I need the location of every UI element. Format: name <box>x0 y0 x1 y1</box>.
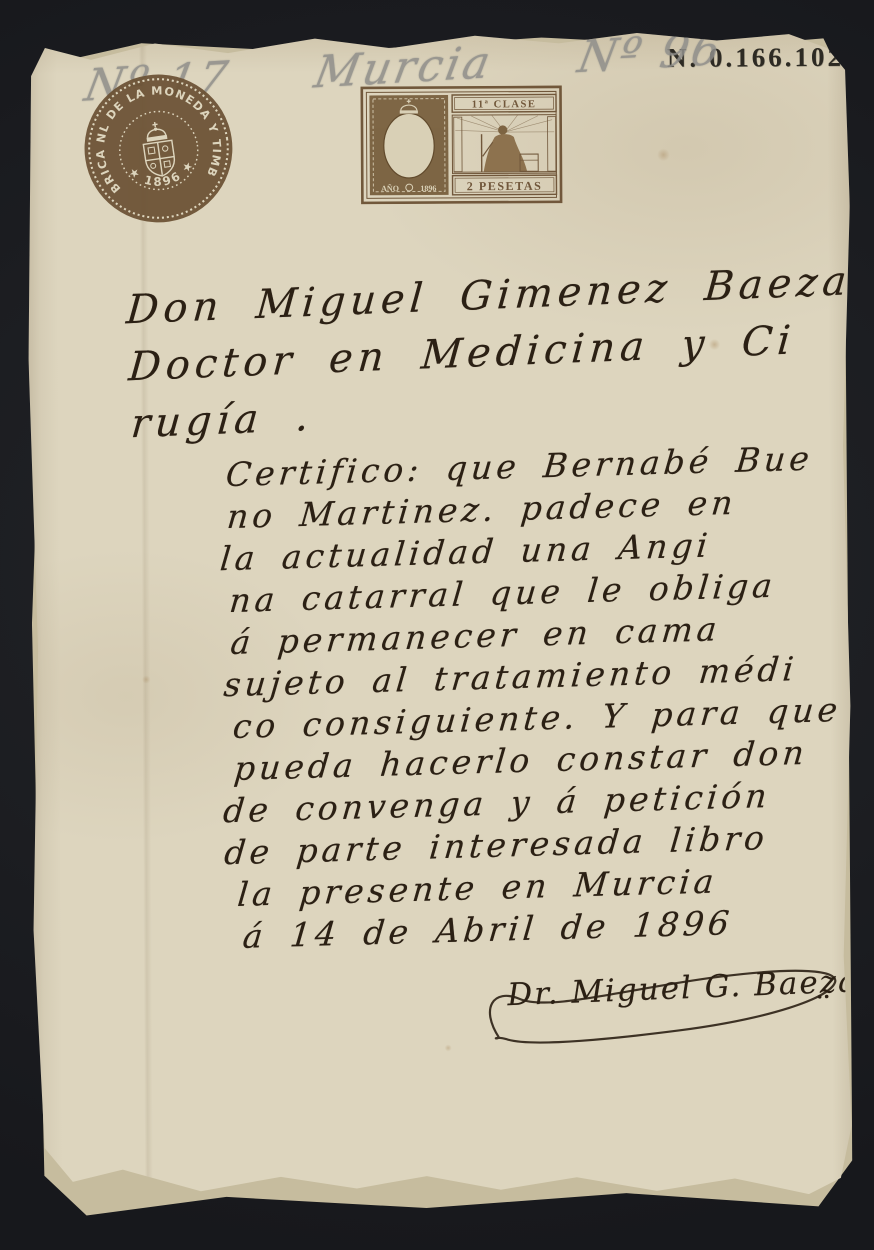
manuscript-heading: Don Miguel Gimenez Baeza Doctor en Medic… <box>125 253 857 453</box>
stamp-class-banner: 11ª CLASE <box>472 99 537 110</box>
signature-block: Dr. Miguel G. Baeza <box>466 943 874 1071</box>
stamp-year-value: 1896 <box>420 184 436 193</box>
stamp-value-banner: 2 PESETAS <box>467 179 543 193</box>
stamp-year-label: AÑO <box>381 184 399 193</box>
manuscript-body: Certifico: que Bernabé Bue no Martinez. … <box>225 437 847 958</box>
mint-seal-stamp: FABRICA NL DE LA MONEDA Y TIMBRE ★ 1896 … <box>71 61 246 236</box>
allegorical-figure-icon <box>453 125 556 173</box>
revenue-stamp-icon: AÑO 1896 11ª CLASE <box>360 85 563 204</box>
revenue-stamp: AÑO 1896 11ª CLASE <box>360 85 563 204</box>
stamp-left-ornament: AÑO 1896 <box>369 95 448 195</box>
stamp-right-panel: 11ª CLASE <box>452 94 556 194</box>
pencil-number-right: Nº 96 <box>573 24 727 84</box>
document-scan: N. 0.166.102 Nº 17 Murcia Nº 96 FABRICA … <box>0 0 874 1250</box>
paper-sheet: N. 0.166.102 Nº 17 Murcia Nº 96 FABRICA … <box>23 26 857 1242</box>
mint-seal-icon: FABRICA NL DE LA MONEDA Y TIMBRE ★ 1896 … <box>71 61 246 236</box>
